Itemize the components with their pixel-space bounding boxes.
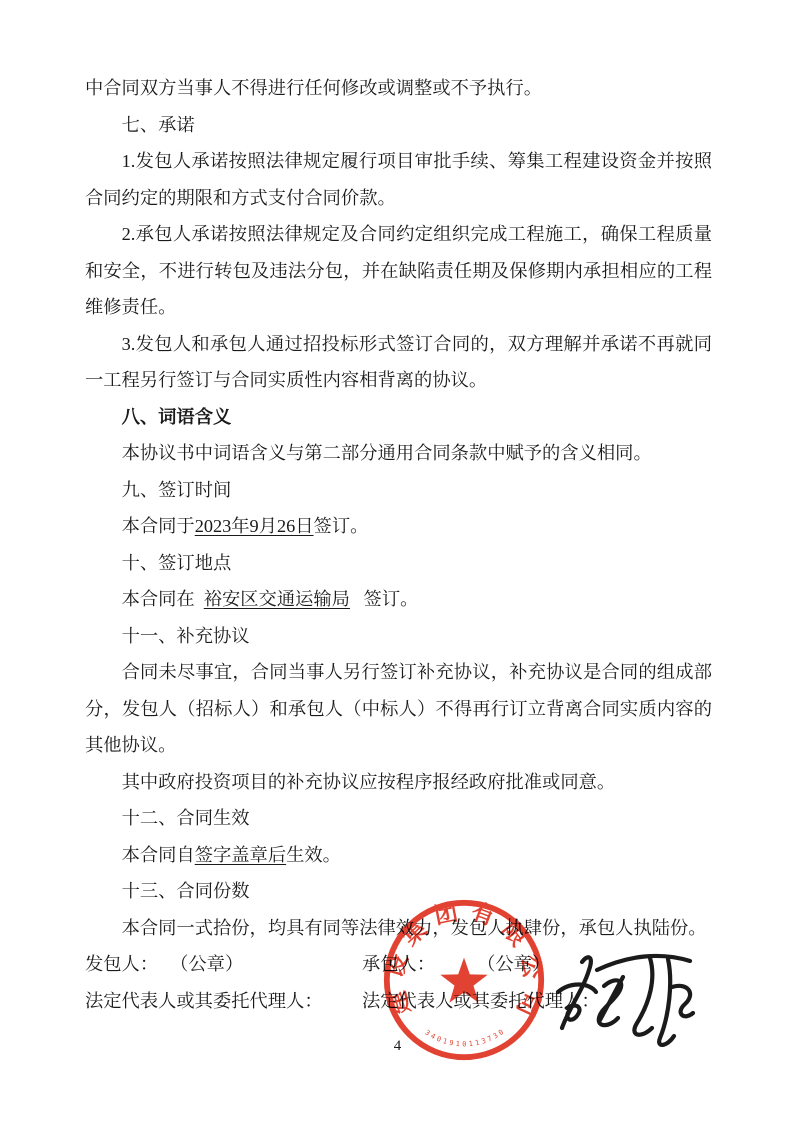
employer-label: 发包人：	[85, 946, 158, 983]
employer-seal-group: 发包人： （公章）	[85, 946, 362, 983]
paragraph-8: 本协议书中词语含义与第二部分通用合同条款中赋予的含义相同。	[85, 435, 712, 472]
contract-document-page: 中合同双方当事人不得进行任何修改或调整或不予执行。 七、承诺 1.发包人承诺按照…	[0, 0, 794, 1122]
paragraph-9: 本合同于2023年9月26日签订。	[85, 508, 712, 545]
section-heading-10: 十、签订地点	[85, 545, 712, 582]
paragraph-10: 本合同在裕安区交通运输局 签订。	[85, 581, 712, 618]
paragraph-continuation: 中合同双方当事人不得进行任何修改或调整或不予执行。	[85, 70, 712, 107]
section-heading-11: 十一、补充协议	[85, 618, 712, 655]
contract-body: 中合同双方当事人不得进行任何修改或调整或不予执行。 七、承诺 1.发包人承诺按照…	[85, 70, 712, 1019]
paragraph-7-3: 3.发包人和承包人通过招投标形式签订合同的，双方理解并承诺不再就同一工程另行签订…	[85, 326, 712, 399]
section-heading-8: 八、词语含义	[85, 399, 712, 436]
section-heading-7: 七、承诺	[85, 107, 712, 144]
effective-prefix: 本合同自	[122, 845, 195, 865]
signing-date-suffix: 签订。	[314, 516, 369, 536]
seal-star-icon	[440, 958, 487, 1003]
paragraph-7-2: 2.承包人承诺按照法律规定及合同约定组织完成工程施工，确保工程质量和安全，不进行…	[85, 216, 712, 326]
effective-underlined: 签字盖章后	[195, 845, 286, 865]
signing-place-underlined: 裕安区交通运输局	[195, 589, 359, 609]
paragraph-11-2: 其中政府投资项目的补充协议应按程序报经政府批准或同意。	[85, 764, 712, 801]
paragraph-11-1: 合同未尽事宜，合同当事人另行签订补充协议，补充协议是合同的组成部分，发包人（招标…	[85, 654, 712, 764]
section-heading-9: 九、签订时间	[85, 472, 712, 509]
signing-place-suffix: 签订。	[359, 589, 418, 609]
signing-date-underlined: 2023年9月26日	[195, 516, 314, 536]
paragraph-7-1: 1.发包人承诺按照法律规定履行项目审批手续、筹集工程建设资金并按照合同约定的期限…	[85, 143, 712, 216]
employer-seal-note: （公章）	[170, 946, 243, 983]
paragraph-12: 本合同自签字盖章后生效。	[85, 837, 712, 874]
signing-date-prefix: 本合同于	[122, 516, 195, 536]
effective-suffix: 生效。	[286, 845, 341, 865]
signing-place-prefix: 本合同在	[122, 589, 195, 609]
employer-representative-label: 法定代表人或其委托代理人：	[85, 983, 362, 1020]
section-heading-12: 十二、合同生效	[85, 800, 712, 837]
page-number: 4	[85, 1038, 710, 1055]
